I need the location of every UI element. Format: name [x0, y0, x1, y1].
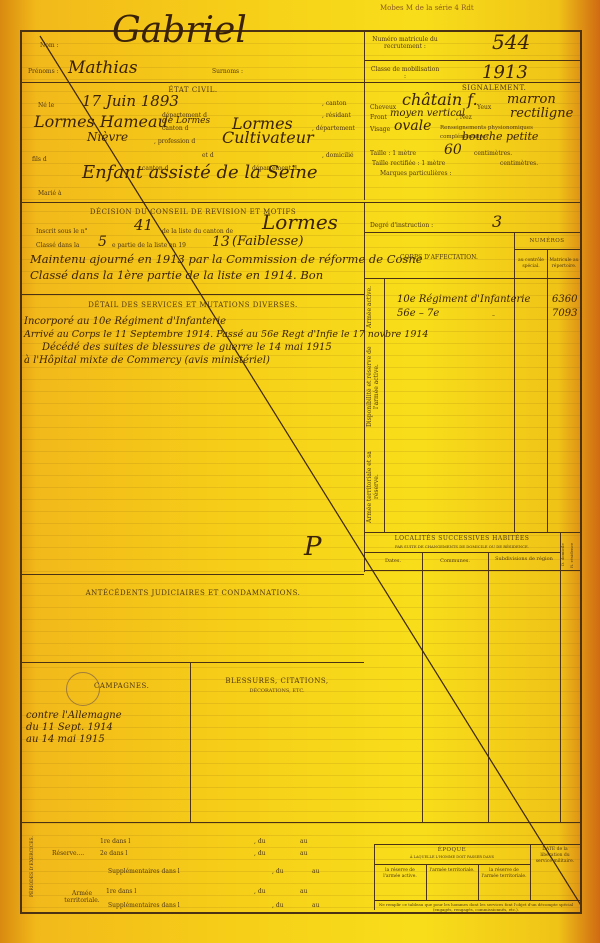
nom-label: Nom :	[40, 42, 58, 49]
blessures-title: BLESSURES, CITATIONS,	[190, 677, 364, 685]
marie-label: Marié à	[38, 190, 62, 197]
section-armee-active: Armée active.	[366, 282, 382, 332]
matricule-row-2: 7093	[552, 308, 577, 319]
birth-date-value: 17 Juin 1893	[82, 92, 179, 110]
profession-label: , profession d	[154, 138, 195, 145]
prenoms-label: Prénoms :	[28, 68, 59, 75]
epoque-note: Ne remplir ce tableau que pour les homme…	[376, 902, 576, 912]
antecedents-title: ANTÉCÉDENTS JUDICIAIRES ET CONDAMNATIONS…	[22, 589, 364, 597]
service-line-4: à l'Hôpital mixte de Commercy (avis mini…	[24, 355, 270, 366]
corps-row-1: 10e Régiment d'Infanterie	[397, 294, 530, 305]
yeux-value: marron	[507, 92, 556, 107]
epoque-title: ÉPOQUE	[374, 847, 530, 853]
service-mark: P	[304, 532, 322, 562]
decision-note-2: Classé dans la 1ère partie de la liste e…	[30, 268, 323, 282]
service-line-2: Arrivé au Corps le 11 Septembre 1914. Pa…	[24, 329, 428, 340]
degre-value: 3	[492, 212, 502, 231]
renseignements-value: bouche petite	[462, 130, 538, 143]
matricule-row-1: 6360	[552, 294, 577, 305]
surnoms-label: Surnoms :	[212, 68, 243, 75]
col-communes: Communes.	[422, 558, 488, 564]
ne-label: Né le	[38, 102, 54, 109]
inscrit-value: 41	[134, 216, 153, 234]
profession-value: Cultivateur	[222, 128, 314, 147]
stamp	[66, 672, 100, 706]
col-subdivisions: Subdivisions de région	[488, 556, 560, 562]
services-title: DÉTAIL DES SERVICES ET MUTATIONS DIVERSE…	[22, 301, 364, 309]
matricule-value: 544	[492, 30, 530, 54]
service-line-3: Décédé des suites de blessures de guerre…	[42, 342, 332, 353]
numeros-title: NUMÉROS	[514, 238, 580, 244]
classe-label: Classe de mobilisation :	[370, 66, 440, 80]
corps-row-2: 56e – 7e	[397, 308, 439, 319]
prenoms-value: Mathias	[68, 58, 138, 78]
campagne-line-1: contre l'Allemagne	[26, 710, 122, 721]
surname-value: Gabriel	[112, 10, 247, 51]
departement-value: Nièvre	[87, 130, 128, 144]
campagnes-title: CAMPAGNES.	[94, 682, 149, 690]
parents-value: Enfant assisté de la Seine	[82, 162, 318, 183]
archive-note: Mobes M de la série 4 Rdt	[380, 4, 474, 12]
birth-place-value: Lormes Hameau	[34, 112, 168, 131]
etat-civil-title: ÉTAT CIVIL.	[22, 86, 364, 94]
localites-title: LOCALITÉS SUCCESSIVES HABITÉES	[364, 535, 560, 542]
motif-value: (Faiblesse)	[232, 234, 303, 249]
periodes-label: PÉRIODES D'EXERCICES.	[30, 832, 40, 902]
service-line-1: Incorporé au 10e Régiment d'Infanterie	[24, 316, 226, 327]
taille-value: 60	[444, 142, 462, 158]
section-disponibilite: Disponibilité et réserve de l'armée acti…	[366, 342, 382, 432]
section-territoriale: Armée territoriale et sa réserve.	[366, 442, 382, 532]
col-dates: Dates.	[364, 558, 422, 564]
campagne-line-2: du 11 Sept. 1914	[26, 722, 113, 733]
classe-value: 1913	[482, 62, 528, 83]
fils-label: fils d	[32, 156, 47, 163]
classe-partie-value: 5	[98, 234, 107, 250]
cheveux-value: châtain f.	[402, 90, 478, 109]
campagne-line-3: au 14 mai 1915	[26, 734, 105, 745]
date-liberation: DATE de la libération du service militai…	[532, 847, 578, 865]
nez-value: rectiligne	[510, 106, 573, 121]
military-register-sheet: Gabriel Nom : Prénoms : Mathias Surnoms …	[20, 30, 582, 914]
decision-canton-value: Lormes	[262, 210, 338, 234]
matricule-label: Numéro matricule du recrutement :	[370, 36, 440, 50]
corps-title: CORPS D'AFFECTATION.	[364, 254, 514, 261]
